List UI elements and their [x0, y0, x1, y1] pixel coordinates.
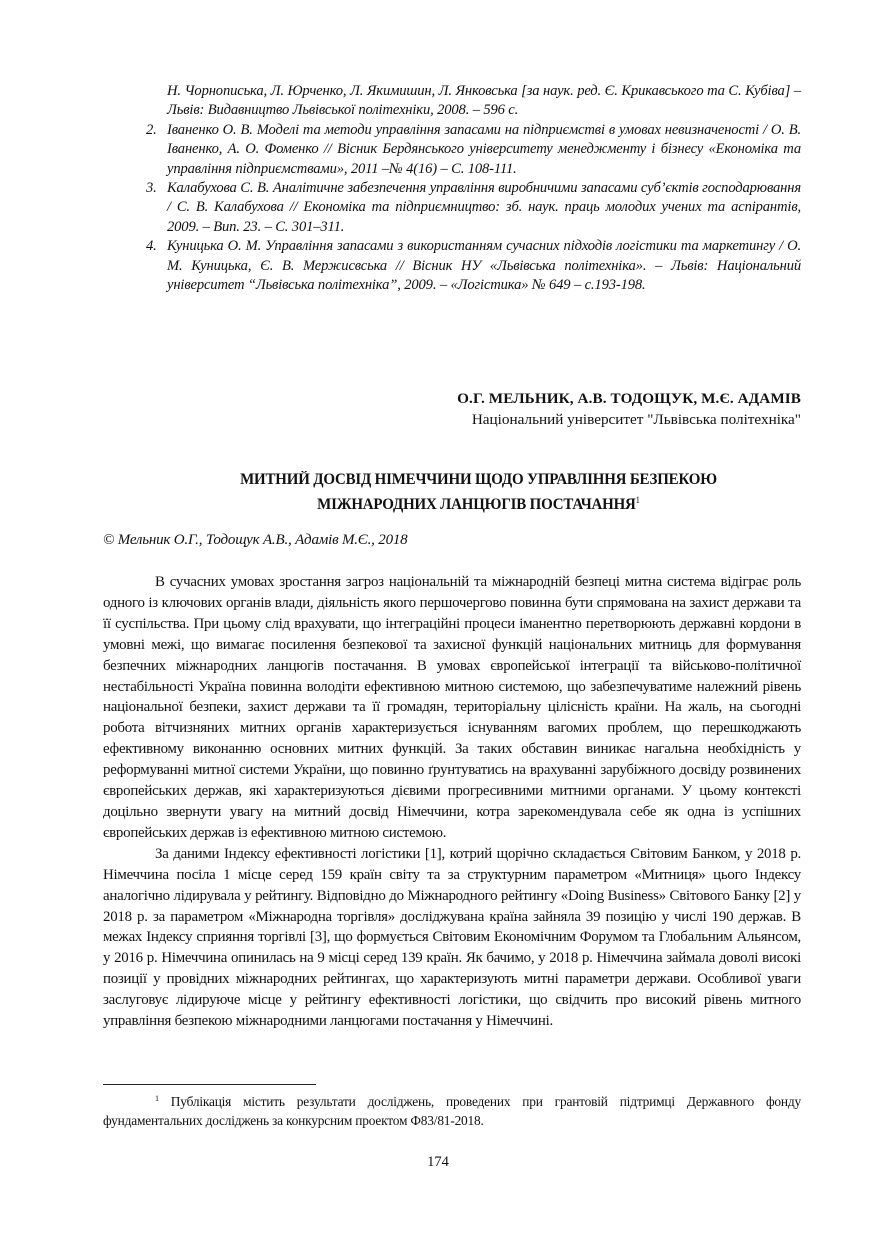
footnote-text: Публікація містить результати досліджень… [103, 1094, 801, 1128]
reference-number: 2. [146, 121, 167, 179]
footnote-marker[interactable]: 1 [636, 495, 640, 505]
reference-number: 4. [146, 237, 167, 295]
reference-item: Н. Чорнописька, Л. Юрченко, Л. Якимишин,… [146, 82, 801, 121]
document-page: Н. Чорнописька, Л. Юрченко, Л. Якимишин,… [0, 0, 876, 1240]
author-block: О.Г. МЕЛЬНИК, А.В. ТОДОЩУК, М.Є. АДАМІВ … [457, 388, 801, 430]
footnote-separator [103, 1084, 316, 1085]
reference-list: Н. Чорнописька, Л. Юрченко, Л. Якимишин,… [146, 82, 801, 295]
article-body: В сучасних умовах зростання загроз націо… [103, 572, 801, 1032]
copyright-line: © Мельник О.Г., Тодощук А.В., Адамів М.Є… [103, 530, 407, 550]
reference-text: Калабухова С. В. Аналітичне забезпечення… [167, 179, 801, 237]
reference-number: 3. [146, 179, 167, 237]
title-line-1: МИТНИЙ ДОСВІД НІМЕЧЧИНИ ЩОДО УПРАВЛІННЯ … [115, 469, 842, 490]
body-paragraph: За даними Індексу ефективності логістики… [103, 844, 801, 1032]
reference-text: Н. Чорнописька, Л. Юрченко, Л. Якимишин,… [167, 82, 801, 121]
author-names: О.Г. МЕЛЬНИК, А.В. ТОДОЩУК, М.Є. АДАМІВ [457, 388, 801, 409]
title-line-2: МІЖНАРОДНИХ ЛАНЦЮГІВ ПОСТАЧАННЯ1 [115, 490, 842, 515]
reference-item: 4. Куницька О. М. Управління запасами з … [146, 237, 801, 295]
reference-item: 2. Іваненко О. В. Моделі та методи управ… [146, 121, 801, 179]
reference-item: 3. Калабухова С. В. Аналітичне забезпече… [146, 179, 801, 237]
reference-text: Куницька О. М. Управління запасами з вик… [167, 237, 801, 295]
reference-text: Іваненко О. В. Моделі та методи управлін… [167, 121, 801, 179]
body-paragraph: В сучасних умовах зростання загроз націо… [103, 572, 801, 844]
author-affiliation: Національний університет "Львівська полі… [457, 409, 801, 430]
article-title: МИТНИЙ ДОСВІД НІМЕЧЧИНИ ЩОДО УПРАВЛІННЯ … [115, 469, 842, 515]
footnote: 1 Публікація містить результати дослідже… [103, 1090, 801, 1130]
page-number: 174 [0, 1154, 876, 1171]
